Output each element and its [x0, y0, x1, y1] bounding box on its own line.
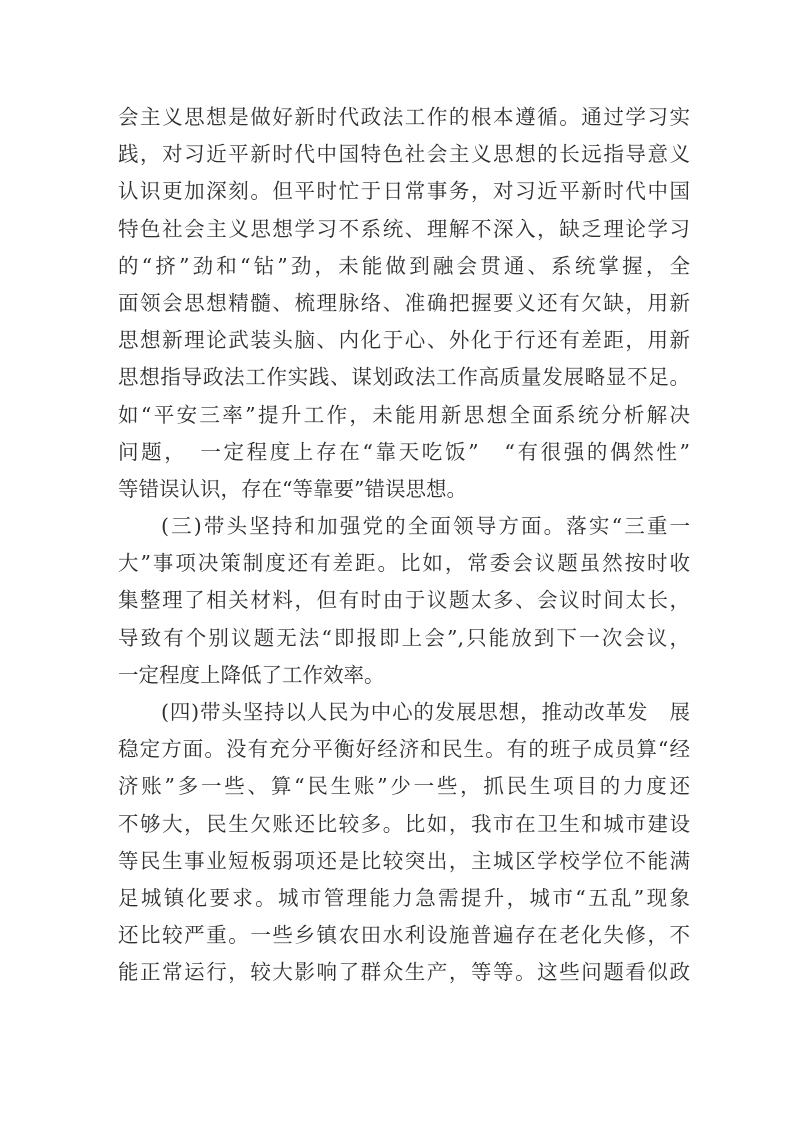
text-line-paragraph-end: 等错误认识，存在“等靠要”错误思想。: [118, 471, 690, 508]
text-line: 稳定方面。没有充分平衡好经济和民生。有的班子成员算“经: [118, 731, 690, 768]
text-line-paragraph-end: 一定程度上降低了工作效率。: [118, 657, 690, 694]
document-text-block: 会主义思想是做好新时代政法工作的根本遵循。通过学习实 践，对习近平新时代中国特色…: [118, 99, 690, 992]
text-line: 能正常运行，较大影响了群众生产，等等。这些问题看似政: [118, 954, 690, 991]
text-line-paragraph-start-section-3: (三)带头坚持和加强党的全面领导方面。落实“三重一: [118, 508, 690, 545]
text-line: 问题， 一定程度上存在“靠天吃饭” “有很强的偶然性”: [118, 434, 690, 471]
text-line: 的“挤”劲和“钻”劲，未能做到融会贯通、系统掌握，全: [118, 248, 690, 285]
text-line: 还比较严重。一些乡镇农田水利设施普遍存在老化失修，不: [118, 917, 690, 954]
text-line: 践，对习近平新时代中国特色社会主义思想的长远指导意义: [118, 136, 690, 173]
text-line: 特色社会主义思想学习不系统、理解不深入，缺乏理论学习: [118, 211, 690, 248]
text-line: 济账”多一些、算“民生账”少一些，抓民生项目的力度还: [118, 768, 690, 805]
text-line: 会主义思想是做好新时代政法工作的根本遵循。通过学习实: [118, 99, 690, 136]
text-line: 导致有个别议题无法“即报即上会”,只能放到下一次会议，: [118, 620, 690, 657]
text-line: 认识更加深刻。但平时忙于日常事务，对习近平新时代中国: [118, 173, 690, 210]
text-line: 不够大，民生欠账还比较多。比如，我市在卫生和城市建设: [118, 806, 690, 843]
text-line: 足城镇化要求。城市管理能力急需提升，城市“五乱”现象: [118, 880, 690, 917]
text-line: 集整理了相关材料，但有时由于议题太多、会议时间太长，: [118, 582, 690, 619]
text-line: 面领会思想精髓、梳理脉络、准确把握要义还有欠缺，用新: [118, 285, 690, 322]
text-line: 等民生事业短板弱项还是比较突出，主城区学校学位不能满: [118, 843, 690, 880]
text-line: 如“平安三率”提升工作，未能用新思想全面系统分析解决: [118, 397, 690, 434]
text-line: 大”事项决策制度还有差距。比如，常委会议题虽然按时收: [118, 545, 690, 582]
text-line-paragraph-start-section-4: (四)带头坚持以人民为中心的发展思想，推动改革发 展: [118, 694, 690, 731]
document-page: 会主义思想是做好新时代政法工作的根本遵循。通过学习实 践，对习近平新时代中国特色…: [0, 0, 793, 1122]
text-line: 思想新理论武装头脑、内化于心、外化于行还有差距，用新: [118, 322, 690, 359]
text-line: 思想指导政法工作实践、谋划政法工作高质量发展略显不足。: [118, 359, 690, 396]
